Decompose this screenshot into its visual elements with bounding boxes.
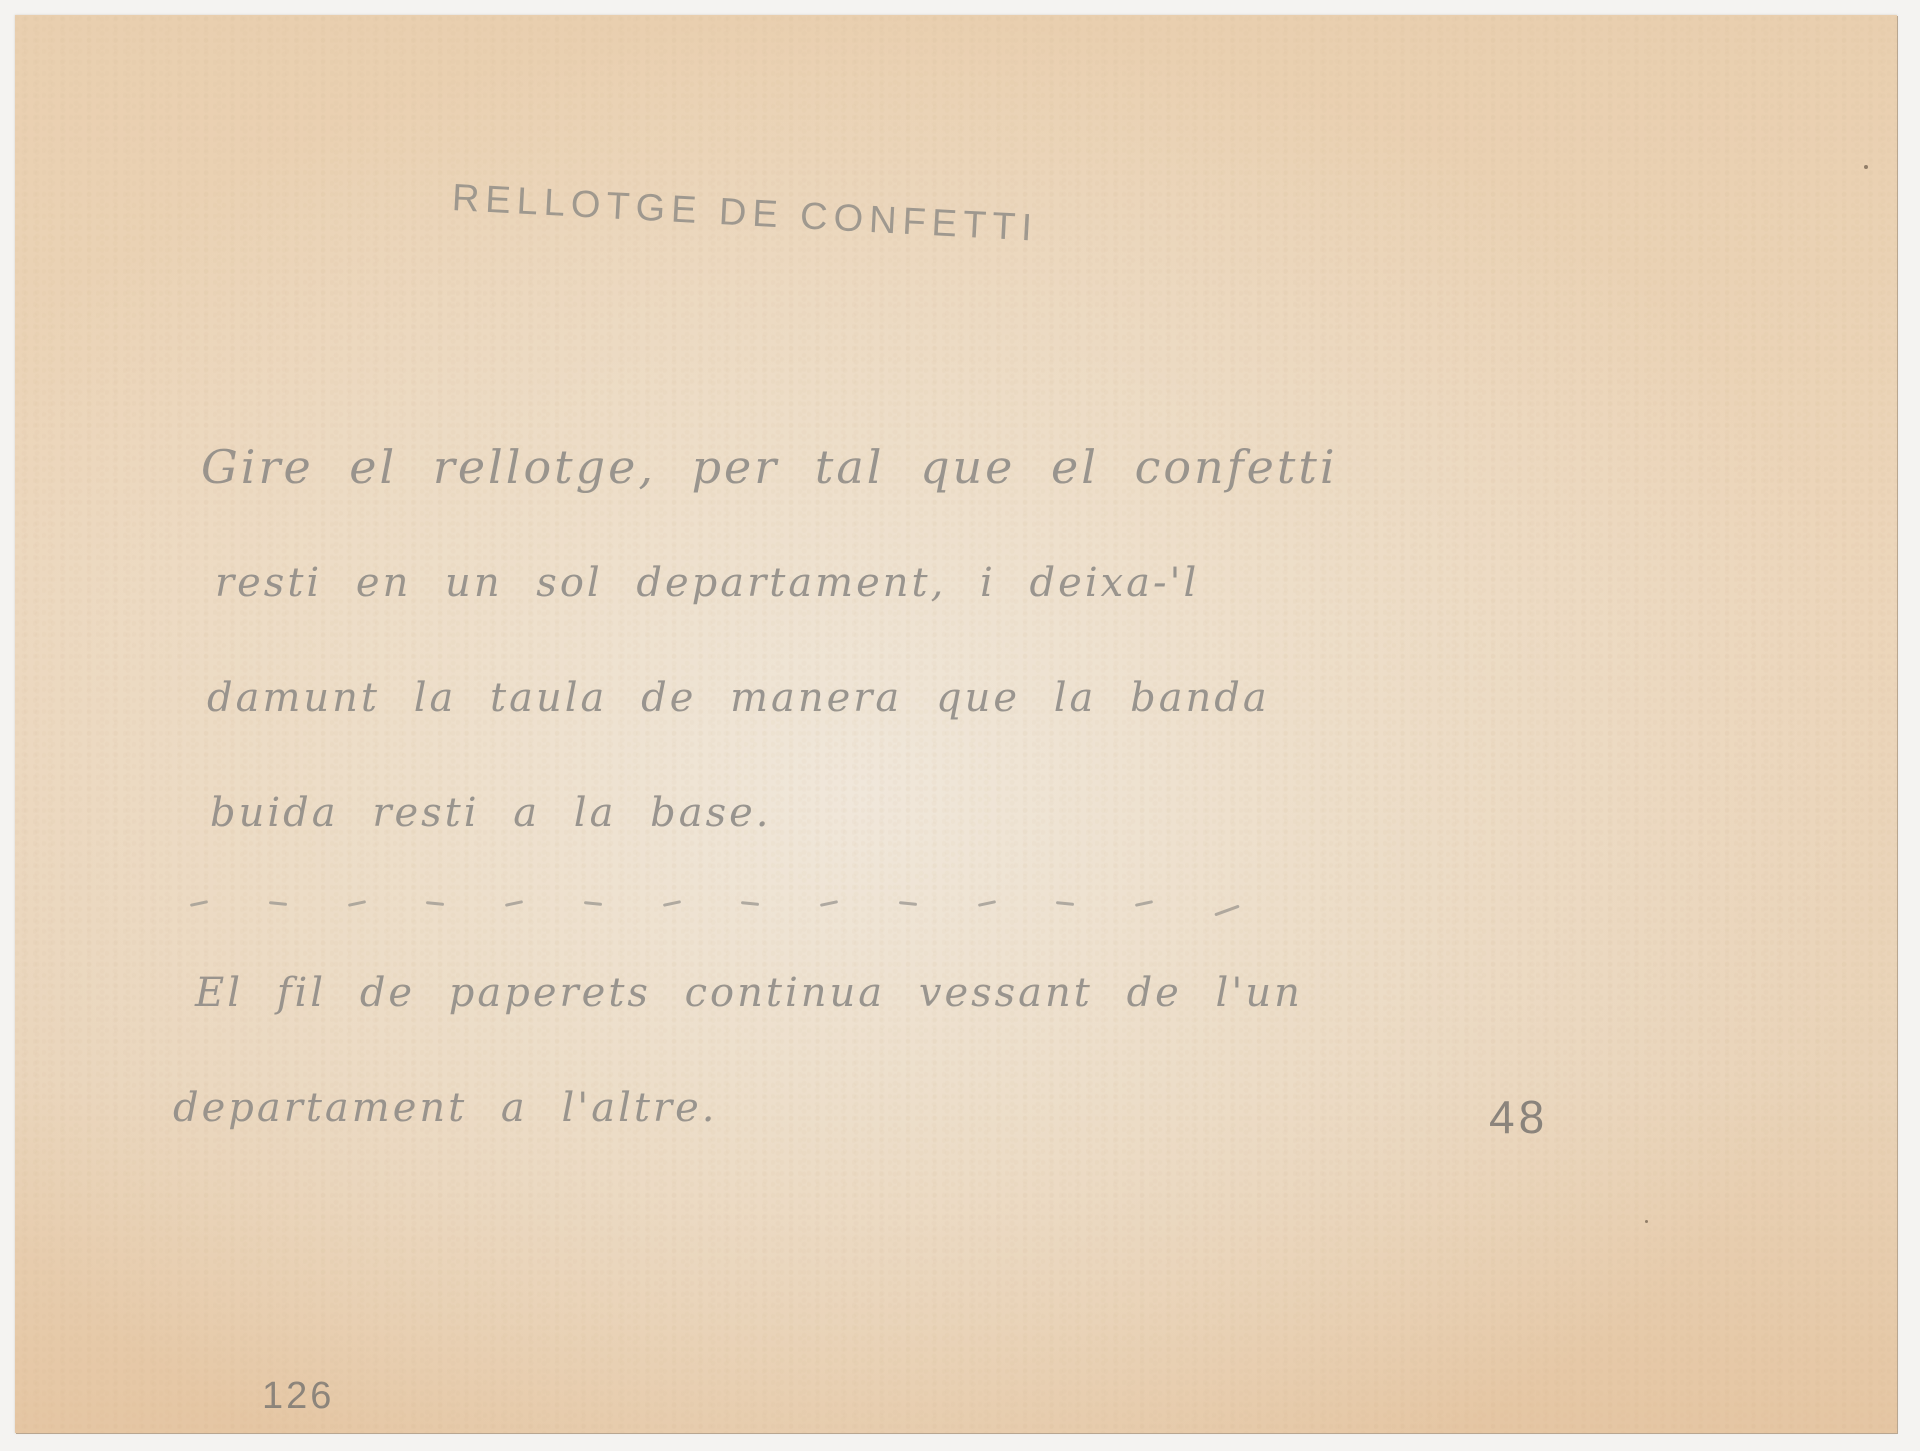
dash [978,900,996,907]
document-title: RELLOTGE DE CONFETTI [451,177,1039,251]
paper-speck [1645,1220,1648,1223]
archive-number: 126 [262,1375,334,1418]
dash [584,901,602,906]
dash [426,901,444,906]
dash [741,901,759,906]
dash [899,901,917,906]
dash [662,900,680,907]
page-number: 48 [1489,1090,1548,1144]
dash [269,901,287,906]
paper-speck [1864,165,1868,169]
dashed-separator [190,893,1240,913]
body-line-1: Gire el rellotge, per tal que el confett… [201,440,1338,494]
scanned-document: RELLOTGE DE CONFETTI Gire el rellotge, p… [0,0,1920,1451]
paper-sheet: RELLOTGE DE CONFETTI Gire el rellotge, p… [15,15,1897,1433]
dash [190,900,208,907]
dash [505,900,523,907]
dash [1135,900,1153,907]
body-line-2: resti en un sol departament, i deixa-'l [215,560,1199,606]
dash [1214,904,1239,916]
dash [347,900,365,907]
dash [820,900,838,907]
body-line-3: damunt la taula de manera que la banda [207,675,1270,721]
body-line-4: buida resti a la base. [210,790,772,836]
body-line-6: departament a l'altre. [173,1085,718,1131]
body-line-5: El fil de paperets continua vessant de l… [195,970,1303,1016]
dash [1056,901,1074,906]
